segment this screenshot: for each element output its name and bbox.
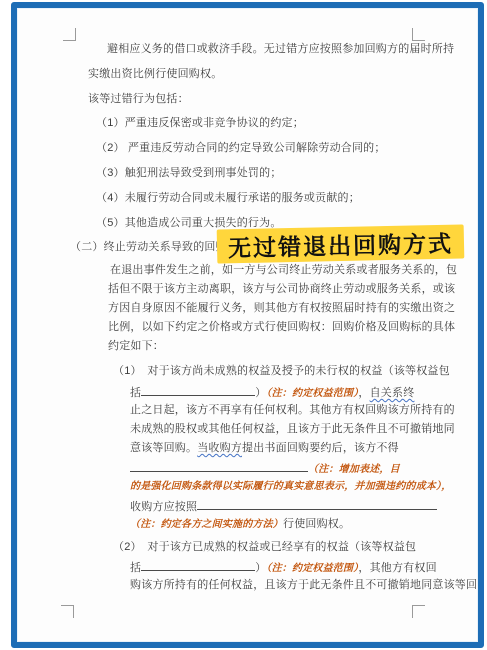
doc-line: 括）（注：约定权益范围），其他方有权回 [130,559,437,576]
doc-text: ） [255,562,266,574]
doc-line: 收购方应按照 [130,498,437,515]
blank-underline [141,559,255,571]
blank-underline [130,460,308,472]
doc-text: 实缴出资比例行使回购权。 [88,68,222,80]
annotation-note: （注：增加表述，目 [308,464,400,475]
doc-line: （2） 严重违反劳动合同的约定导致公司解除劳动合同的； [96,141,386,156]
doc-line: 购该方所持有的任何权益，且该方于此无条件且不可撤销地同意该等回 [130,578,477,593]
doc-line: 在退出事件发生之前，如一方与公司终止劳动关系或者服务关系的，包 [110,263,457,278]
doc-text: 约定如下： [108,340,164,352]
doc-text: （二）终止劳动关系导致的回购 [70,241,227,253]
doc-line: 括但不限于该方主动离职，该方与公司协商终止劳动或服务关系，或该 [108,282,455,297]
blank-underline [141,384,255,396]
doc-text: （4）未履行劳动合同或未履行承诺的服务或贡献的； [96,192,360,204]
doc-text: （3）触犯刑法导致受到刑事处罚的； [96,167,282,179]
doc-line: 括）（注：约定权益范围），自关系终 [130,384,414,401]
doc-text: 括但不限于该方主动离职，该方与公司协商终止劳动或服务关系，或该 [108,283,455,295]
crop-mark-top-left [63,28,76,41]
annotation-note: （注：约定权益范围） [266,388,358,399]
doc-text: 意该等回购。 [130,442,197,454]
doc-line: 的是强化回购条款得以实际履行的真实意思表示，并加强违约的成本）， [130,479,451,494]
doc-text: （1） 对于该方尚未成熟的权益及授予的未行权的权益（该等权益包 [113,365,450,377]
document-page: 避相应义务的借口或救济手段。无过错方应按照参加回购方的届时所持实缴出资比例行使回… [0,0,487,650]
doc-line: （注：增加表述，目 [130,460,400,477]
doc-text: ） [255,387,266,399]
doc-line: 避相应义务的借口或救济手段。无过错方应按照参加回购方的届时所持 [107,42,454,57]
doc-line: 方因自身原因不能履行义务，则其他方有权按照届时持有的实缴出资之 [108,301,455,316]
doc-text: 比例，以如下约定之价格或方式行使回购权：回购价格及回购标的具体 [108,321,455,333]
doc-line: 意该等回购。当收购方提出书面回购要约后，该方不得 [130,441,399,456]
doc-text: 避相应义务的借口或救济手段。无过错方应按照参加回购方的届时所持 [107,43,454,55]
crop-mark-bottom-right [412,605,425,618]
doc-text: ， [358,387,369,399]
doc-text: 止之日起，该方不再享有任何权利。其他方有权回购该方所持有的 [130,404,455,416]
annotation-note: （注：约定权益范围） [266,563,358,574]
doc-text: 括 [130,387,141,399]
doc-text: （5）其他造成公司重大损失的行为。 [96,217,282,229]
doc-line: 约定如下： [108,339,164,354]
doc-line: 比例，以如下约定之价格或方式行使回购权：回购价格及回购标的具体 [108,320,455,335]
doc-line: （注：约定各方之间实施的方法）行使回购权。 [130,517,350,532]
doc-text: （1）严重违反保密或非竞争协议的约定； [96,117,304,129]
doc-text: 收购方应按照 [130,501,197,513]
doc-text: （2） 严重违反劳动合同的约定导致公司解除劳动合同的； [96,142,386,154]
doc-text: 该等过错行为包括： [88,93,189,105]
highlight-badge: 无过错退出回购方式 [217,224,465,263]
doc-line: （3）触犯刑法导致受到刑事处罚的； [96,166,282,181]
doc-line: 未成熟的股权或其他任何权益，且该方于此无条件且不可撤销地同 [130,422,455,437]
annotation-note: 的是强化回购条款得以实际履行的真实意思表示，并加强违约的成本）， [130,481,451,492]
doc-text: 括 [130,562,141,574]
doc-text: 在退出事件发生之前，如一方与公司终止劳动关系或者服务关系的，包 [110,264,457,276]
doc-text: ，其他方有权回 [358,562,436,574]
doc-text: 提出书面回购要约后，该方不得 [242,442,399,454]
spellcheck-flagged-text: 自关系终 [370,387,415,399]
doc-text: 方因自身原因不能履行义务，则其他方有权按照届时持有的实缴出资之 [108,302,455,314]
doc-text: 购该方所持有的任何权益，且该方于此无条件且不可撤销地同意该等回 [130,579,477,591]
doc-line: （4）未履行劳动合同或未履行承诺的服务或贡献的； [96,191,360,206]
doc-text: 未成熟的股权或其他任何权益，且该方于此无条件且不可撤销地同 [130,423,455,435]
doc-text: （2） 对于该方已成熟的权益或已经享有的权益（该等权益包 [113,541,416,553]
doc-line: 该等过错行为包括： [88,92,189,107]
doc-line: 实缴出资比例行使回购权。 [88,67,222,82]
doc-line: （1） 对于该方尚未成熟的权益及授予的未行权的权益（该等权益包 [113,364,450,379]
doc-line: （2） 对于该方已成熟的权益或已经享有的权益（该等权益包 [113,540,416,555]
doc-line: （1）严重违反保密或非竞争协议的约定； [96,116,304,131]
spellcheck-flagged-text: 当收购方 [197,442,242,454]
doc-text: 行使回购权。 [283,518,350,530]
doc-line: （二）终止劳动关系导致的回购 [70,240,227,255]
highlight-badge-label: 无过错退出回购方式 [228,225,454,263]
doc-line: 止之日起，该方不再享有任何权利。其他方有权回购该方所持有的 [130,403,455,418]
blank-underline [197,498,437,510]
crop-mark-top-right [412,28,425,41]
crop-mark-bottom-left [61,605,74,618]
annotation-note: （注：约定各方之间实施的方法） [130,519,283,530]
